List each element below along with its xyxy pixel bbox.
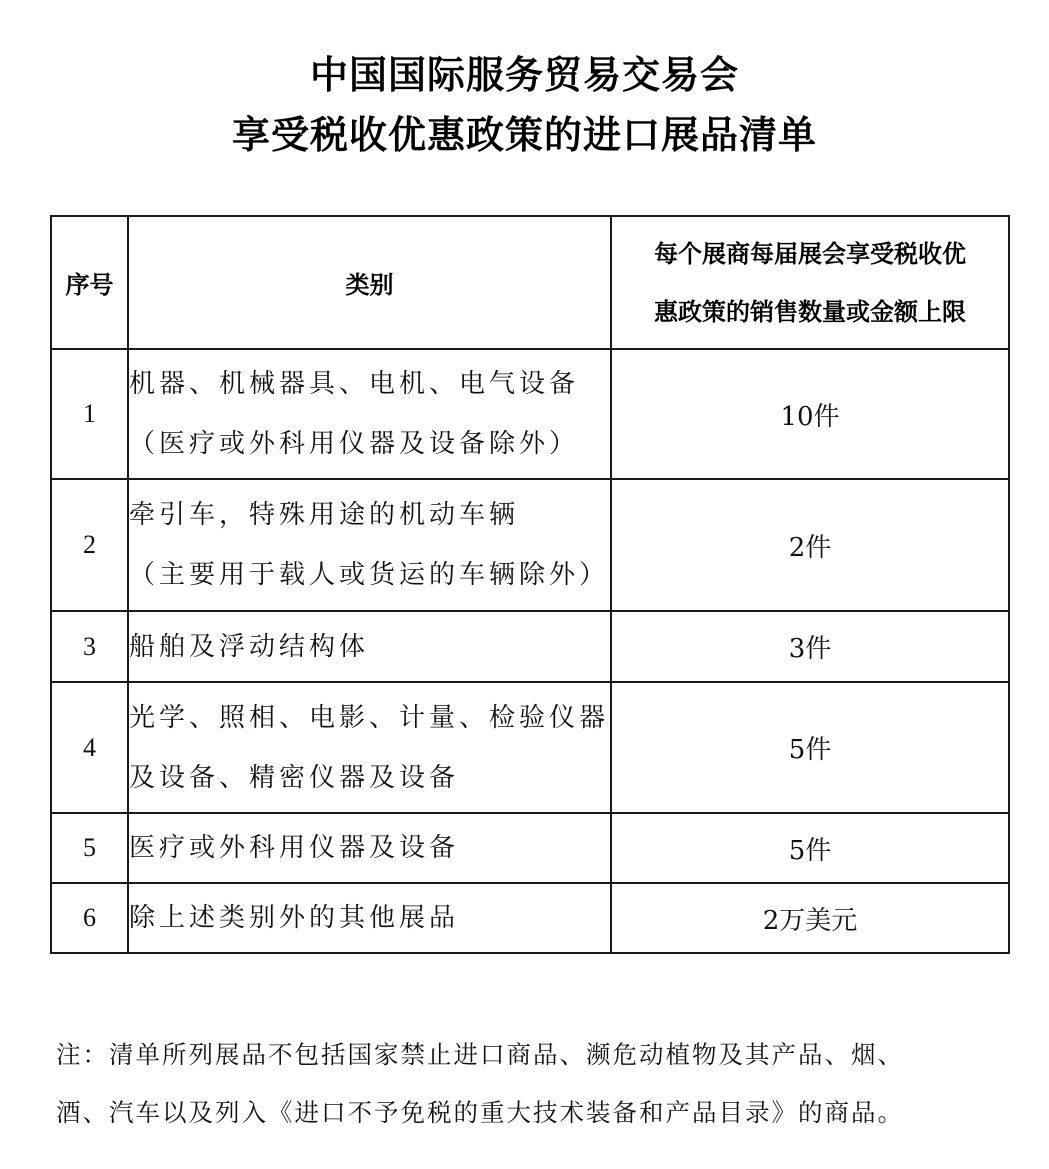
- table-row: 3 船舶及浮动结构体 3件: [51, 611, 1009, 682]
- row-limit: 5件: [611, 813, 1009, 883]
- header-index: 序号: [51, 216, 128, 349]
- row-index: 2: [51, 479, 128, 611]
- row-index: 1: [51, 349, 128, 479]
- table-row: 1 机器、机械器具、电机、电气设备 （医疗或外科用仪器及设备除外） 10件: [51, 349, 1009, 479]
- row-limit: 3件: [611, 611, 1009, 682]
- row-index: 6: [51, 883, 128, 953]
- row-category-line: （主要用于载人或货运的车辆除外）: [129, 545, 610, 605]
- row-category-line: 牵引车，特殊用途的机动车辆: [129, 485, 610, 545]
- row-limit: 2件: [611, 479, 1009, 611]
- row-index: 4: [51, 682, 128, 813]
- row-index: 5: [51, 813, 128, 883]
- table-row: 4 光学、照相、电影、计量、检验仪器 及设备、精密仪器及设备 5件: [51, 682, 1009, 813]
- header-limit: 每个展商每届展会享受税收优 惠政策的销售数量或金额上限: [611, 216, 1009, 349]
- row-category: 牵引车，特殊用途的机动车辆 （主要用于载人或货运的车辆除外）: [128, 479, 611, 611]
- table-row: 6 除上述类别外的其他展品 2万美元: [51, 883, 1009, 953]
- table-header-row: 序号 类别 每个展商每届展会享受税收优 惠政策的销售数量或金额上限: [51, 216, 1009, 349]
- footnote-line2: 酒、汽车以及列入《进口不予免税的重大技术装备和产品目录》的商品。: [56, 1094, 1016, 1129]
- row-index: 3: [51, 611, 128, 682]
- document-title-line1: 中国国际服务贸易交易会: [0, 44, 1049, 99]
- row-limit: 5件: [611, 682, 1009, 813]
- row-category: 船舶及浮动结构体: [128, 611, 611, 682]
- row-category-line: 及设备、精密仪器及设备: [129, 748, 610, 808]
- table-row: 2 牵引车，特殊用途的机动车辆 （主要用于载人或货运的车辆除外） 2件: [51, 479, 1009, 611]
- row-category-line: 光学、照相、电影、计量、检验仪器: [129, 688, 610, 748]
- exhibits-table: 序号 类别 每个展商每届展会享受税收优 惠政策的销售数量或金额上限 1 机器、机…: [50, 215, 1010, 954]
- row-category-line: 医疗或外科用仪器及设备: [129, 818, 610, 878]
- row-category: 除上述类别外的其他展品: [128, 883, 611, 953]
- row-category: 机器、机械器具、电机、电气设备 （医疗或外科用仪器及设备除外）: [128, 349, 611, 479]
- row-category-line: （医疗或外科用仪器及设备除外）: [129, 414, 610, 474]
- header-category: 类别: [128, 216, 611, 349]
- footnote-line1: 注：清单所列展品不包括国家禁止进口商品、濒危动植物及其产品、烟、: [56, 1036, 1016, 1071]
- header-limit-line2: 惠政策的销售数量或金额上限: [612, 283, 1008, 341]
- row-category-line: 除上述类别外的其他展品: [129, 888, 610, 948]
- row-category: 光学、照相、电影、计量、检验仪器 及设备、精密仪器及设备: [128, 682, 611, 813]
- row-category-line: 船舶及浮动结构体: [129, 617, 610, 677]
- document-title-line2: 享受税收优惠政策的进口展品清单: [0, 104, 1049, 159]
- row-limit: 10件: [611, 349, 1009, 479]
- row-category: 医疗或外科用仪器及设备: [128, 813, 611, 883]
- table-row: 5 医疗或外科用仪器及设备 5件: [51, 813, 1009, 883]
- row-limit: 2万美元: [611, 883, 1009, 953]
- row-category-line: 机器、机械器具、电机、电气设备: [129, 354, 610, 414]
- header-limit-line1: 每个展商每届展会享受税收优: [612, 225, 1008, 283]
